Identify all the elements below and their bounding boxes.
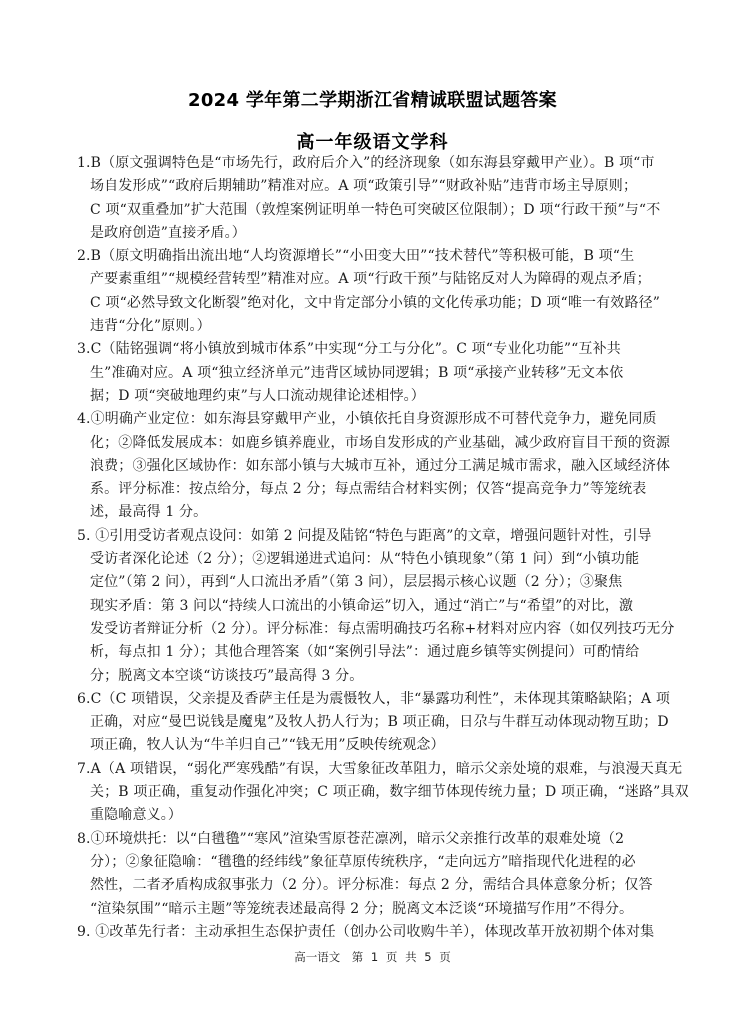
answer-line: 正确，对应“曼巴说钱是魔鬼”及牧人扔人行为；B 项正确，日尕与牛群互动体现动物互… [77, 711, 689, 734]
answer-item-start: 1.B（原文强调特色是“市场先行，政府后介入”的经济现象（如东海县穿戴甲产业）。… [77, 152, 689, 175]
answer-item-start: 4.①明确产业定位：如东海县穿戴甲产业，小镇依托自身资源形成不可替代竞争力，避免… [77, 408, 689, 431]
answer-line: 现实矛盾：第 3 问以“持续人口流出的小镇命运”切入，通过“消亡”与“希望”的对… [77, 595, 689, 618]
answer-item-start: 2.B（原文明确指出流出地“人均资源增长”“小田变大田”“技术替代”等积极可能，… [77, 245, 689, 268]
answer-line: 分；脱离文本空谈“访谈技巧”最高得 3 分。 [77, 665, 689, 688]
answer-line: 述，最高得 1 分。 [77, 501, 689, 524]
answer-line: 重隐喻意义。） [77, 804, 689, 827]
answer-item-start: 8.①环境烘托：以“白氆氇”“寒风”渲染雪原苍茫凛冽，暗示父亲推行改革的艰难处境… [77, 828, 689, 851]
answer-line: 分）；②象征隐喻：“氆氇的经纬线”象征草原传统秩序，“走向远方”暗指现代化进程的… [77, 851, 689, 874]
answer-item-start: 9. ①改革先行者：主动承担生态保护责任（创办公司收购牛羊），体现改革开放初期个… [77, 921, 689, 944]
page-footer: 高一语文 第 1 页 共 5 页 [0, 949, 745, 965]
answer-line: “渲染氛围”“暗示主题”等笼统表述最高得 2 分；脱离文本泛谈“环境描写作用”不… [77, 898, 689, 921]
answer-line: 关；B 项正确，重复动作强化冲突；C 项正确，数字细节体现传统力量；D 项正确，… [77, 781, 689, 804]
answer-line: 受访者深化论述（2 分）；②逻辑递进式追问：从“特色小镇现象”（第 1 问）到“… [77, 548, 689, 571]
answer-line: 浪费；③强化区域协作：如东部小镇与大城市互补，通过分工满足城市需求，融入区域经济… [77, 455, 689, 478]
answer-item-start: 6.C（C 项错误，父亲提及香萨主任是为震慑牧人，非“暴露功利性”，未体现其策略… [77, 688, 689, 711]
document-title: 2024 学年第二学期浙江省精诚联盟试题答案 [0, 86, 745, 112]
answer-line: 然性，二者矛盾构成叙事张力（2 分）。评分标准：每点 2 分，需结合具体意象分析… [77, 874, 689, 897]
answer-item-start: 7.A（A 项错误，“弱化严寒残酷”有误，大雪象征改革阻力，暗示父亲处境的艰难，… [77, 758, 689, 781]
answer-line: 化；②降低发展成本：如鹿乡镇养鹿业，市场自发形成的产业基础，减少政府盲目干预的资… [77, 432, 689, 455]
answer-line: 产要素重组”“规模经营转型”精准对应。A 项“行政干预”与陆铭反对人为障碍的观点… [77, 268, 689, 291]
answer-line: 析，每点扣 1 分）；其他合理答案（如“案例引导法”：通过鹿乡镇等实例提问）可酌… [77, 641, 689, 664]
answer-line: 发受访者辩证分析（2 分）。评分标准：每点需明确技巧名称+材料对应内容（如仅列技… [77, 618, 689, 641]
answer-line: 场自发形成”“政府后期辅助”精准对应。A 项“政策引导”“财政补贴”违背市场主导… [77, 175, 689, 198]
answer-line: 违背“分化”原则。） [77, 315, 689, 338]
answer-line: 系。评分标准：按点给分，每点 2 分；每点需结合材料实例；仅答“提高竞争力”等笼… [77, 478, 689, 501]
document-subtitle: 高一年级语文学科 [0, 128, 745, 154]
answer-line: 是政府创造”直接矛盾。） [77, 222, 689, 245]
answer-body: 1.B（原文强调特色是“市场先行，政府后介入”的经济现象（如东海县穿戴甲产业）。… [77, 152, 689, 944]
answer-line: 定位”（第 2 问），再到“人口流出矛盾”（第 3 问），层层揭示核心议题（2 … [77, 571, 689, 594]
answer-item-start: 5. ①引用受访者观点设问：如第 2 问提及陆铭“特色与距离”的文章，增强问题针… [77, 525, 689, 548]
answer-line: C 项“必然导致文化断裂”绝对化，文中肯定部分小镇的文化传承功能；D 项“唯一有… [77, 292, 689, 315]
answer-line: 生”准确对应。A 项“独立经济单元”违背区域协同逻辑；B 项“承接产业转移”无文… [77, 362, 689, 385]
answer-line: 据；D 项“突破地理约束”与人口流动规律论述相悖。） [77, 385, 689, 408]
answer-line: C 项“双重叠加”扩大范围（敦煌案例证明单一特色可突破区位限制）；D 项“行政干… [77, 199, 689, 222]
answer-item-start: 3.C（陆铭强调“将小镇放到城市体系”中实现“分工与分化”。C 项“专业化功能”… [77, 338, 689, 361]
answer-line: 项正确，牧人认为“牛羊归自己”“钱无用”反映传统观念） [77, 734, 689, 757]
